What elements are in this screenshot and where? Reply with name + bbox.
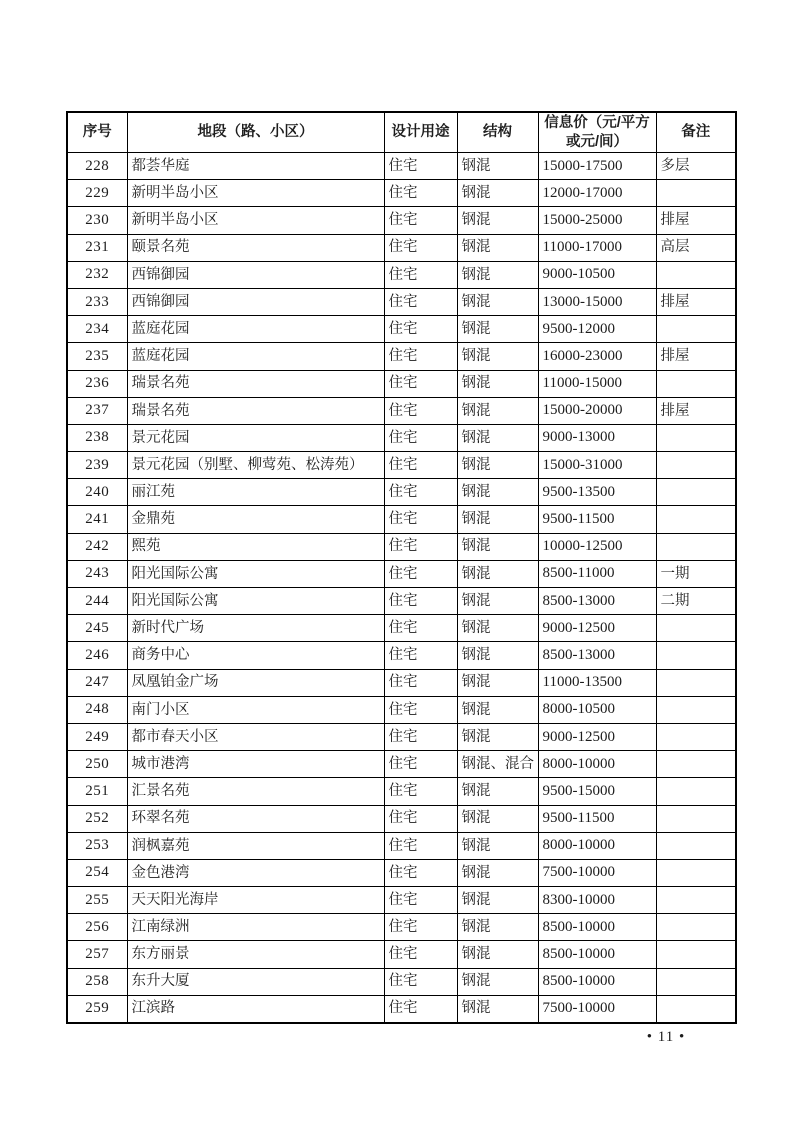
cell-note	[656, 479, 736, 506]
table-row: 240丽江苑住宅钢混9500-13500	[67, 479, 736, 506]
cell-no: 257	[67, 941, 127, 968]
table-row: 230新明半岛小区住宅钢混15000-25000排屋	[67, 207, 736, 234]
table-row: 257东方丽景住宅钢混8500-10000	[67, 941, 736, 968]
cell-no: 230	[67, 207, 127, 234]
table-row: 251汇景名苑住宅钢混9500-15000	[67, 778, 736, 805]
cell-structure: 钢混	[457, 424, 538, 451]
cell-price: 9000-13000	[538, 424, 656, 451]
cell-no: 250	[67, 751, 127, 778]
cell-use: 住宅	[384, 887, 457, 914]
cell-no: 256	[67, 914, 127, 941]
cell-location: 景元花园	[127, 424, 384, 451]
cell-use: 住宅	[384, 506, 457, 533]
cell-price: 9500-12000	[538, 316, 656, 343]
cell-location: 蓝庭花园	[127, 343, 384, 370]
cell-location: 熙苑	[127, 533, 384, 560]
table-row: 252环翠名苑住宅钢混9500-11500	[67, 805, 736, 832]
cell-structure: 钢混	[457, 778, 538, 805]
table-row: 235蓝庭花园住宅钢混16000-23000排屋	[67, 343, 736, 370]
page-number: • 11 •	[596, 1029, 736, 1046]
cell-no: 258	[67, 968, 127, 995]
cell-location: 汇景名苑	[127, 778, 384, 805]
cell-no: 259	[67, 995, 127, 1022]
cell-location: 西锦御园	[127, 288, 384, 315]
cell-price: 11000-13500	[538, 669, 656, 696]
cell-no: 246	[67, 642, 127, 669]
cell-note: 一期	[656, 560, 736, 587]
cell-use: 住宅	[384, 941, 457, 968]
cell-structure: 钢混	[457, 887, 538, 914]
cell-structure: 钢混	[457, 370, 538, 397]
header-use: 设计用途	[384, 112, 457, 153]
cell-structure: 钢混	[457, 506, 538, 533]
cell-note: 排屋	[656, 397, 736, 424]
table-row: 249都市春天小区住宅钢混9000-12500	[67, 723, 736, 750]
cell-price: 10000-12500	[538, 533, 656, 560]
cell-note	[656, 805, 736, 832]
cell-note	[656, 751, 736, 778]
cell-location: 东升大厦	[127, 968, 384, 995]
table-row: 231颐景名苑住宅钢混11000-17000高层	[67, 234, 736, 261]
cell-location: 商务中心	[127, 642, 384, 669]
cell-note	[656, 914, 736, 941]
cell-structure: 钢混	[457, 859, 538, 886]
cell-location: 环翠名苑	[127, 805, 384, 832]
cell-use: 住宅	[384, 424, 457, 451]
table-row: 247凤凰铂金广场住宅钢混11000-13500	[67, 669, 736, 696]
cell-no: 235	[67, 343, 127, 370]
cell-location: 凤凰铂金广场	[127, 669, 384, 696]
cell-structure: 钢混	[457, 914, 538, 941]
table-row: 246商务中心住宅钢混8500-13000	[67, 642, 736, 669]
cell-structure: 钢混	[457, 560, 538, 587]
cell-use: 住宅	[384, 288, 457, 315]
cell-no: 237	[67, 397, 127, 424]
cell-use: 住宅	[384, 316, 457, 343]
cell-structure: 钢混	[457, 207, 538, 234]
table-row: 245新时代广场住宅钢混9000-12500	[67, 615, 736, 642]
table-row: 234蓝庭花园住宅钢混9500-12000	[67, 316, 736, 343]
cell-structure: 钢混	[457, 153, 538, 180]
table-row: 253润枫嘉苑住宅钢混8000-10000	[67, 832, 736, 859]
cell-structure: 钢混	[457, 234, 538, 261]
cell-note	[656, 180, 736, 207]
cell-location: 江南绿洲	[127, 914, 384, 941]
cell-no: 239	[67, 452, 127, 479]
cell-note	[656, 506, 736, 533]
cell-note	[656, 669, 736, 696]
cell-price: 15000-17500	[538, 153, 656, 180]
cell-location: 金色港湾	[127, 859, 384, 886]
cell-price: 15000-31000	[538, 452, 656, 479]
cell-use: 住宅	[384, 180, 457, 207]
header-no: 序号	[67, 112, 127, 153]
cell-price: 7500-10000	[538, 859, 656, 886]
cell-location: 新时代广场	[127, 615, 384, 642]
cell-use: 住宅	[384, 859, 457, 886]
cell-use: 住宅	[384, 234, 457, 261]
cell-location: 蓝庭花园	[127, 316, 384, 343]
cell-note	[656, 642, 736, 669]
cell-structure: 钢混	[457, 316, 538, 343]
cell-structure: 钢混	[457, 832, 538, 859]
price-table: 序号 地段（路、小区） 设计用途 结构 信息价（元/平方或元/间） 备注 228…	[66, 111, 737, 1024]
cell-no: 252	[67, 805, 127, 832]
cell-location: 新明半岛小区	[127, 180, 384, 207]
cell-price: 11000-15000	[538, 370, 656, 397]
cell-location: 瑞景名苑	[127, 370, 384, 397]
cell-structure: 钢混	[457, 261, 538, 288]
cell-no: 244	[67, 588, 127, 615]
cell-location: 西锦御园	[127, 261, 384, 288]
cell-no: 247	[67, 669, 127, 696]
header-row: 序号 地段（路、小区） 设计用途 结构 信息价（元/平方或元/间） 备注	[67, 112, 736, 153]
cell-structure: 钢混	[457, 533, 538, 560]
cell-no: 255	[67, 887, 127, 914]
table-row: 232西锦御园住宅钢混9000-10500	[67, 261, 736, 288]
cell-note: 二期	[656, 588, 736, 615]
cell-structure: 钢混	[457, 941, 538, 968]
cell-location: 丽江苑	[127, 479, 384, 506]
cell-note: 排屋	[656, 207, 736, 234]
cell-structure: 钢混	[457, 397, 538, 424]
cell-no: 229	[67, 180, 127, 207]
cell-structure: 钢混	[457, 995, 538, 1022]
cell-no: 249	[67, 723, 127, 750]
cell-structure: 钢混	[457, 615, 538, 642]
cell-location: 景元花园（别墅、柳莺苑、松涛苑）	[127, 452, 384, 479]
table-row: 255天天阳光海岸住宅钢混8300-10000	[67, 887, 736, 914]
cell-location: 润枫嘉苑	[127, 832, 384, 859]
cell-use: 住宅	[384, 207, 457, 234]
table-row: 228都荟华庭住宅钢混15000-17500多层	[67, 153, 736, 180]
table-row: 254金色港湾住宅钢混7500-10000	[67, 859, 736, 886]
cell-note	[656, 778, 736, 805]
cell-location: 金鼎苑	[127, 506, 384, 533]
table-row: 237瑞景名苑住宅钢混15000-20000排屋	[67, 397, 736, 424]
cell-no: 234	[67, 316, 127, 343]
cell-no: 240	[67, 479, 127, 506]
cell-price: 8300-10000	[538, 887, 656, 914]
cell-location: 江滨路	[127, 995, 384, 1022]
cell-price: 8500-13000	[538, 642, 656, 669]
cell-no: 236	[67, 370, 127, 397]
cell-note	[656, 968, 736, 995]
cell-use: 住宅	[384, 479, 457, 506]
cell-use: 住宅	[384, 832, 457, 859]
cell-no: 242	[67, 533, 127, 560]
cell-note	[656, 723, 736, 750]
cell-location: 瑞景名苑	[127, 397, 384, 424]
cell-structure: 钢混	[457, 288, 538, 315]
cell-use: 住宅	[384, 261, 457, 288]
table-row: 243阳光国际公寓住宅钢混8500-11000一期	[67, 560, 736, 587]
table-row: 233西锦御园住宅钢混13000-15000排屋	[67, 288, 736, 315]
cell-price: 12000-17000	[538, 180, 656, 207]
table-header: 序号 地段（路、小区） 设计用途 结构 信息价（元/平方或元/间） 备注	[67, 112, 736, 153]
cell-price: 8500-10000	[538, 914, 656, 941]
cell-use: 住宅	[384, 696, 457, 723]
table-row: 241金鼎苑住宅钢混9500-11500	[67, 506, 736, 533]
cell-no: 243	[67, 560, 127, 587]
cell-note: 高层	[656, 234, 736, 261]
cell-no: 231	[67, 234, 127, 261]
cell-use: 住宅	[384, 642, 457, 669]
cell-location: 都荟华庭	[127, 153, 384, 180]
cell-price: 15000-25000	[538, 207, 656, 234]
cell-price: 9500-11500	[538, 506, 656, 533]
cell-note	[656, 424, 736, 451]
cell-no: 253	[67, 832, 127, 859]
cell-price: 8500-10000	[538, 968, 656, 995]
cell-structure: 钢混	[457, 479, 538, 506]
header-structure: 结构	[457, 112, 538, 153]
cell-structure: 钢混	[457, 180, 538, 207]
table-row: 256江南绿洲住宅钢混8500-10000	[67, 914, 736, 941]
cell-note	[656, 533, 736, 560]
cell-structure: 钢混	[457, 696, 538, 723]
cell-no: 245	[67, 615, 127, 642]
cell-location: 南门小区	[127, 696, 384, 723]
cell-use: 住宅	[384, 805, 457, 832]
table-row: 242熙苑住宅钢混10000-12500	[67, 533, 736, 560]
cell-use: 住宅	[384, 723, 457, 750]
cell-price: 9500-11500	[538, 805, 656, 832]
cell-no: 238	[67, 424, 127, 451]
table-row: 239景元花园（别墅、柳莺苑、松涛苑）住宅钢混15000-31000	[67, 452, 736, 479]
document-page: 序号 地段（路、小区） 设计用途 结构 信息价（元/平方或元/间） 备注 228…	[0, 0, 800, 1132]
cell-structure: 钢混	[457, 968, 538, 995]
cell-structure: 钢混	[457, 588, 538, 615]
cell-location: 天天阳光海岸	[127, 887, 384, 914]
table-row: 248南门小区住宅钢混8000-10500	[67, 696, 736, 723]
cell-note	[656, 316, 736, 343]
cell-note	[656, 832, 736, 859]
cell-price: 9000-10500	[538, 261, 656, 288]
cell-use: 住宅	[384, 588, 457, 615]
cell-use: 住宅	[384, 968, 457, 995]
cell-price: 15000-20000	[538, 397, 656, 424]
cell-note	[656, 696, 736, 723]
cell-structure: 钢混、混合	[457, 751, 538, 778]
cell-structure: 钢混	[457, 805, 538, 832]
cell-price: 9500-13500	[538, 479, 656, 506]
cell-price: 8000-10000	[538, 751, 656, 778]
cell-price: 8500-10000	[538, 941, 656, 968]
cell-location: 城市港湾	[127, 751, 384, 778]
table-body: 228都荟华庭住宅钢混15000-17500多层229新明半岛小区住宅钢混120…	[67, 153, 736, 1023]
cell-note	[656, 995, 736, 1022]
cell-price: 8000-10000	[538, 832, 656, 859]
cell-use: 住宅	[384, 370, 457, 397]
cell-location: 东方丽景	[127, 941, 384, 968]
table-row: 244阳光国际公寓住宅钢混8500-13000二期	[67, 588, 736, 615]
table-row: 250城市港湾住宅钢混、混合8000-10000	[67, 751, 736, 778]
cell-price: 8500-11000	[538, 560, 656, 587]
cell-structure: 钢混	[457, 343, 538, 370]
cell-use: 住宅	[384, 914, 457, 941]
table-row: 236瑞景名苑住宅钢混11000-15000	[67, 370, 736, 397]
cell-location: 阳光国际公寓	[127, 560, 384, 587]
cell-price: 9500-15000	[538, 778, 656, 805]
cell-no: 228	[67, 153, 127, 180]
cell-use: 住宅	[384, 778, 457, 805]
cell-no: 233	[67, 288, 127, 315]
cell-location: 新明半岛小区	[127, 207, 384, 234]
cell-structure: 钢混	[457, 723, 538, 750]
cell-use: 住宅	[384, 153, 457, 180]
header-note: 备注	[656, 112, 736, 153]
cell-no: 232	[67, 261, 127, 288]
cell-note	[656, 887, 736, 914]
cell-no: 254	[67, 859, 127, 886]
cell-no: 241	[67, 506, 127, 533]
cell-use: 住宅	[384, 669, 457, 696]
cell-use: 住宅	[384, 995, 457, 1022]
cell-use: 住宅	[384, 343, 457, 370]
cell-structure: 钢混	[457, 452, 538, 479]
cell-price: 7500-10000	[538, 995, 656, 1022]
cell-use: 住宅	[384, 397, 457, 424]
cell-structure: 钢混	[457, 642, 538, 669]
table-row: 258东升大厦住宅钢混8500-10000	[67, 968, 736, 995]
cell-note: 排屋	[656, 343, 736, 370]
cell-note	[656, 261, 736, 288]
cell-location: 阳光国际公寓	[127, 588, 384, 615]
table-row: 238景元花园住宅钢混9000-13000	[67, 424, 736, 451]
cell-use: 住宅	[384, 751, 457, 778]
cell-note	[656, 859, 736, 886]
cell-note: 排屋	[656, 288, 736, 315]
cell-location: 颐景名苑	[127, 234, 384, 261]
cell-price: 9000-12500	[538, 723, 656, 750]
cell-price: 13000-15000	[538, 288, 656, 315]
cell-price: 11000-17000	[538, 234, 656, 261]
cell-structure: 钢混	[457, 669, 538, 696]
cell-note	[656, 941, 736, 968]
cell-note	[656, 370, 736, 397]
table-row: 229新明半岛小区住宅钢混12000-17000	[67, 180, 736, 207]
cell-price: 8000-10500	[538, 696, 656, 723]
cell-use: 住宅	[384, 560, 457, 587]
cell-no: 248	[67, 696, 127, 723]
cell-note	[656, 615, 736, 642]
table-row: 259江滨路住宅钢混7500-10000	[67, 995, 736, 1022]
cell-use: 住宅	[384, 452, 457, 479]
cell-price: 8500-13000	[538, 588, 656, 615]
header-location: 地段（路、小区）	[127, 112, 384, 153]
cell-location: 都市春天小区	[127, 723, 384, 750]
cell-note	[656, 452, 736, 479]
cell-price: 16000-23000	[538, 343, 656, 370]
cell-price: 9000-12500	[538, 615, 656, 642]
cell-no: 251	[67, 778, 127, 805]
cell-note: 多层	[656, 153, 736, 180]
cell-use: 住宅	[384, 533, 457, 560]
header-price: 信息价（元/平方或元/间）	[538, 112, 656, 153]
cell-use: 住宅	[384, 615, 457, 642]
